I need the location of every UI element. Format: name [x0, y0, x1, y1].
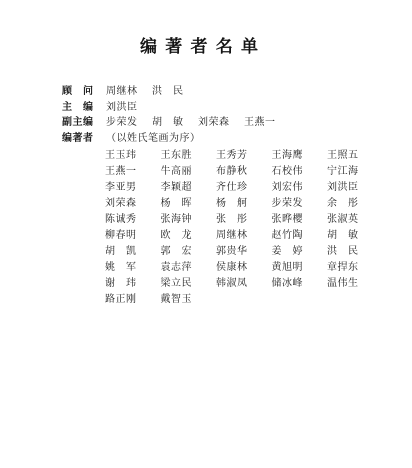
person-name: 章捍东 [327, 258, 383, 274]
role-names-deputy-editors: 步荣发 胡 敏 刘荣森 王燕一 [106, 115, 288, 131]
editorial-roles: 顾 问 周继林 洪 民 主 编 刘洪臣 副主编 步荣发 胡 敏 刘荣森 王燕一 … [62, 84, 288, 146]
role-label-deputy-editors: 副主编 [62, 115, 94, 131]
person-name: 刘宏伟 [272, 178, 328, 194]
role-row-contributors: 编著者 （以姓氏笔画为序） [62, 131, 288, 147]
person-name: 戴智玉 [161, 290, 217, 306]
person-name: 赵竹陶 [272, 226, 328, 242]
person-name: 刘洪臣 [327, 178, 383, 194]
person-name: 王燕一 [244, 117, 276, 128]
person-name: 王玉玮 [105, 146, 161, 162]
person-name: 姚 军 [105, 258, 161, 274]
person-name: 杨 舸 [216, 194, 272, 210]
person-name: 牛高丽 [161, 162, 217, 178]
role-row-deputy-editors: 副主编 步荣发 胡 敏 刘荣森 王燕一 [62, 115, 288, 131]
person-name: 余 彤 [327, 194, 383, 210]
person-name: 柳春明 [105, 226, 161, 242]
person-name: 陈诚秀 [105, 210, 161, 226]
person-name: 郭贵华 [216, 242, 272, 258]
person-name: 洪 民 [327, 242, 383, 258]
role-row-chief-editor: 主 编 刘洪臣 [62, 100, 288, 116]
person-name: 张 彤 [216, 210, 272, 226]
person-name: 周继林 [106, 86, 138, 97]
person-name: 郭 宏 [161, 242, 217, 258]
person-name: 袁志萍 [161, 258, 217, 274]
role-label-advisor: 顾 问 [62, 84, 94, 100]
person-name: 张晔樱 [272, 210, 328, 226]
person-name: 王照五 [327, 146, 383, 162]
person-name: 王秀芳 [216, 146, 272, 162]
person-name: 王燕一 [105, 162, 161, 178]
contributors-sort-note: （以姓氏笔画为序） [106, 131, 201, 147]
contributors-name-grid: 王玉玮 王东胜 王秀芳 王海鹰 王照五 王燕一 牛高丽 布静秋 石校伟 宁江海 … [105, 146, 383, 306]
person-name: 胡 凯 [105, 242, 161, 258]
person-name: 齐仕珍 [216, 178, 272, 194]
person-name: 路正刚 [105, 290, 161, 306]
role-names-advisor: 周继林 洪 民 [106, 84, 196, 100]
person-name: 侯康林 [216, 258, 272, 274]
person-name: 胡 敏 [152, 117, 184, 128]
person-name: 步荣发 [106, 117, 138, 128]
role-label-contributors: 编著者 [62, 131, 94, 147]
person-name: 布静秋 [216, 162, 272, 178]
person-name: 步荣发 [272, 194, 328, 210]
document-page: 编 著 者 名 单 顾 问 周继林 洪 民 主 编 刘洪臣 副主编 步荣发 胡 … [0, 0, 412, 468]
person-name: 张海钟 [161, 210, 217, 226]
person-name: 胡 敏 [327, 226, 383, 242]
person-name: 谢 玮 [105, 274, 161, 290]
person-name: 储冰峰 [272, 274, 328, 290]
role-names-chief-editor: 刘洪臣 [106, 100, 150, 116]
person-name: 石校伟 [272, 162, 328, 178]
person-name: 刘荣森 [198, 117, 230, 128]
person-name: 韩淑凤 [216, 274, 272, 290]
person-name: 洪 民 [152, 86, 184, 97]
person-name: 周继林 [216, 226, 272, 242]
person-name: 宁江海 [327, 162, 383, 178]
person-name: 李颖超 [161, 178, 217, 194]
person-name: 王海鹰 [272, 146, 328, 162]
person-name: 李亚男 [105, 178, 161, 194]
person-name: 黄旭明 [272, 258, 328, 274]
role-label-chief-editor: 主 编 [62, 100, 94, 116]
person-name: 姜 婷 [272, 242, 328, 258]
person-name: 欧 龙 [161, 226, 217, 242]
person-name: 温伟生 [327, 274, 383, 290]
person-name: 杨 晖 [161, 194, 217, 210]
page-title: 编 著 者 名 单 [0, 32, 400, 57]
person-name: 梁立民 [161, 274, 217, 290]
person-name: 刘洪臣 [106, 102, 138, 113]
person-name: 刘荣森 [105, 194, 161, 210]
person-name: 王东胜 [161, 146, 217, 162]
person-name: 张淑英 [327, 210, 383, 226]
role-row-advisor: 顾 问 周继林 洪 民 [62, 84, 288, 100]
